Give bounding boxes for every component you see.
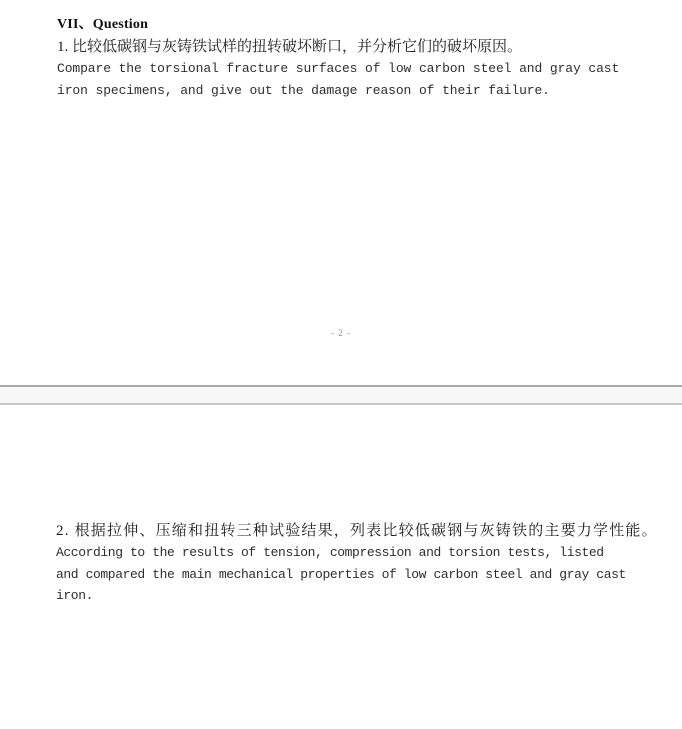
question2-english-line2[interactable]: and compared the main mechanical propert…	[56, 564, 651, 586]
question2-english-line3[interactable]: iron.	[56, 585, 651, 607]
question2-english-line1[interactable]: According to the results of tension, com…	[56, 542, 651, 564]
page-1[interactable]: VII、Question 1. 比较低碳钢与灰铸铁试样的扭转破坏断口，并分析它们…	[0, 0, 682, 385]
question1-english-line1[interactable]: Compare the torsional fracture surfaces …	[57, 58, 647, 80]
question1-chinese[interactable]: 1. 比较低碳钢与灰铸铁试样的扭转破坏断口，并分析它们的破坏原因。	[57, 36, 647, 58]
document-view: VII、Question 1. 比较低碳钢与灰铸铁试样的扭转破坏断口，并分析它们…	[0, 0, 682, 729]
page-number-footer: - 2 -	[0, 328, 682, 338]
page-1-content: VII、Question 1. 比较低碳钢与灰铸铁试样的扭转破坏断口，并分析它们…	[57, 13, 647, 101]
page-2-content: 2. 根据拉伸、压缩和扭转三种试验结果，列表比较低碳钢与灰铸铁的主要力学性能。 …	[56, 520, 651, 607]
question2-chinese[interactable]: 2. 根据拉伸、压缩和扭转三种试验结果，列表比较低碳钢与灰铸铁的主要力学性能。	[56, 520, 651, 542]
question1-english-line2[interactable]: iron specimens, and give out the damage …	[57, 80, 647, 102]
page-break-separator	[0, 385, 682, 405]
section-heading: VII、Question	[57, 13, 647, 36]
page-2[interactable]: 2. 根据拉伸、压缩和扭转三种试验结果，列表比较低碳钢与灰铸铁的主要力学性能。 …	[0, 405, 682, 729]
